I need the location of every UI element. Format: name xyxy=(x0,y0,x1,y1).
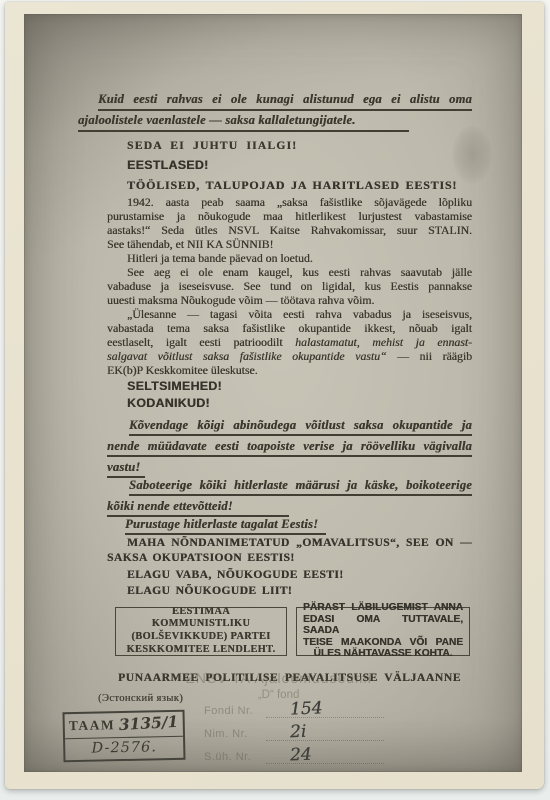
para-quote-line-4: salgavat võitlust saksa fašistlike okupa… xyxy=(107,349,472,363)
registry-row-suh-label: S.üh. Nr. xyxy=(204,744,270,763)
call-destroy: Purustage hitlerlaste tagalat Eestis! xyxy=(107,517,472,531)
pass-along-box-line-1: PÄRAST LÄBILUGEMIST ANNA xyxy=(303,602,463,614)
language-note: (Эстонский язык) xyxy=(98,693,183,704)
call-strengthen-line-1: Kõvendage kõigi abinõudega võitlust saks… xyxy=(129,418,472,437)
heading-workers: TÖÖLISED, TALUPOJAD JA HARITLASED EESTIS… xyxy=(127,177,472,193)
accession-stamp-prefix: TAAM xyxy=(69,713,116,734)
pass-along-box-line-2: EDASI OMA TUTTAVALE, SAADA xyxy=(303,614,463,637)
imprint-boxes: EESTIMAA KOMMUNISTLIKU (BOLŠEVIKKUDE) PA… xyxy=(115,607,470,656)
para-1942: 1942. aasta peab saama „saksa fašistlike… xyxy=(107,195,472,251)
registry-row-fondi-rule xyxy=(266,717,384,718)
para-quote-line-5: EK(b)P Keskkomitee üleskutse. xyxy=(107,363,472,377)
slogan-top-line-2: ajaloolistele vaenlastele — saksa kallal… xyxy=(78,113,409,132)
call-strengthen-line-3-text: vastu! xyxy=(107,460,145,478)
para-quote-line-3-normal: eestlaselt, igalt eesti patrioodilt xyxy=(107,335,295,349)
para-1942-line-4: See tähendab, et NII KA SÜNNIB! xyxy=(107,237,472,251)
museum-stamp-line-1: ENSV TA Ajaloomuuseumi xyxy=(185,670,371,686)
publisher-box-line-1: EESTIMAA KOMMUNISTLIKU xyxy=(122,606,280,631)
call-sabotage-line-2-text: kõiki nende ettevõtteid! xyxy=(107,499,289,517)
para-1942-line-1: 1942. aasta peab saama „saksa fašistlike… xyxy=(127,195,472,209)
call-strengthen-line-2: nende müüdavate eesti toapoiste verise j… xyxy=(107,439,472,458)
publisher-box-line-2: (BOLŠEVIKKUDE) PARTEI xyxy=(122,631,280,644)
registry-row-fondi: Fondi Nr. 154 xyxy=(204,698,384,721)
para-quote-line-4-italic: salgavat võitlust saksa fašistlike okupa… xyxy=(107,349,397,363)
accession-stamp-top-row: TAAM 3135/1 xyxy=(65,712,183,739)
publisher-box: EESTIMAA KOMMUNISTLIKU (BOLŠEVIKKUDE) PA… xyxy=(115,607,287,656)
slogan-elagu-2: ELAGU NÕUKOGUDE LIIT! xyxy=(127,583,472,599)
registry-row-nim-value: 2i xyxy=(290,722,307,743)
para-quote-line-3-italic: halastamatut, mehist ja ennast- xyxy=(295,335,472,349)
para-freedom-line-3: uuesti maksma Nõukogude võim — töötava r… xyxy=(107,293,472,307)
registry-row-fondi-label: Fondi Nr. xyxy=(204,698,270,717)
page: { "leaflet": { "slogan": { "line1": "Kui… xyxy=(0,0,550,800)
museum-stamp: ENSV TA Ajaloomuuseumi „D“ fond xyxy=(185,670,371,701)
slogan-maha-line-2: SAKSA OKUPATSIOON EESTIS! xyxy=(107,550,472,566)
slogan-maha: MAHA NÕNDANIMETATUD „OMAVALITSUS“, SEE O… xyxy=(107,535,472,566)
leaflet-text-column: Kuid eesti rahvas ei ole kunagi alistunu… xyxy=(107,92,472,685)
para-quote: „Ülesanne — tagasi võita eesti rahva vab… xyxy=(107,307,472,377)
slogan-top-line-1: Kuid eesti rahvas ei ole kunagi alistunu… xyxy=(98,92,472,111)
heading-citizens: KODANIKUD! xyxy=(127,396,472,411)
heading-comrades: SELTSIMEHED! xyxy=(127,379,472,394)
slogan-elagu-1: ELAGU VABA, NÕUKOGUDE EESTI! xyxy=(127,567,472,583)
para-quote-line-1: „Ülesanne — tagasi võita eesti rahva vab… xyxy=(127,307,472,321)
registry-row-suh-rule xyxy=(266,763,384,764)
pass-along-box: PÄRAST LÄBILUGEMIST ANNA EDASI OMA TUTTA… xyxy=(296,607,470,656)
para-1942-line-3: aastaks!“ Seda ütles NSVL Kaitse Rahvako… xyxy=(107,223,472,237)
para-freedom-line-1: See aeg ei ole enam kaugel, kus eesti ra… xyxy=(127,265,472,279)
pass-along-box-line-4: ÜLES NÄHTAVASSE KOHTA. xyxy=(303,648,463,660)
registry-row-suh-value: 24 xyxy=(290,745,312,766)
hitler-line: Hitleri ja tema bande päevad on loetud. xyxy=(127,251,472,265)
registry-rows: Fondi Nr. 154 Nim. Nr. 2i S.üh. Nr. 24 xyxy=(204,698,384,767)
accession-stamp-number: 3135/1 xyxy=(119,712,180,734)
call-strengthen: Kõvendage kõigi abinõudega võitlust saks… xyxy=(107,418,472,474)
heading-estonians: EESTLASED! xyxy=(127,158,472,173)
registry-row-fondi-value: 154 xyxy=(290,698,323,719)
publisher-box-line-3: KESKKOMITEE LENDLEHT. xyxy=(122,644,280,657)
para-quote-line-2: vabastada tema saksa fašistlike okupanti… xyxy=(107,321,472,335)
para-quote-line-4-normal: — nii räägib xyxy=(397,349,472,363)
accession-stamp-code: D-2576. xyxy=(65,737,183,757)
slogan-maha-line-1: MAHA NÕNDANIMETATUD „OMAVALITSUS“, SEE O… xyxy=(127,535,472,551)
registry-row-nim-label: Nim. Nr. xyxy=(204,721,270,740)
registry-row-nim-rule xyxy=(266,740,384,741)
registry-row-suh: S.üh. Nr. 24 xyxy=(204,744,384,767)
para-freedom-line-2: vabaduse ja iseseisvuse. See tund on lig… xyxy=(107,279,472,293)
archival-photo: Kuid eesti rahvas ei ole kunagi alistunu… xyxy=(5,2,544,789)
registry-row-nim: Nim. Nr. 2i xyxy=(204,721,384,744)
para-quote-line-3: eestlaselt, igalt eesti patrioodilt hala… xyxy=(107,335,472,349)
call-strengthen-line-3: vastu! xyxy=(107,460,472,474)
pass-along-box-line-3: TEISE MAAKONDA VÕI PANE xyxy=(303,637,463,649)
para-freedom: See aeg ei ole enam kaugel, kus eesti ra… xyxy=(107,265,472,307)
call-sabotage: Saboteerige kõiki hitlerlaste määrusi ja… xyxy=(107,478,472,513)
accession-stamp: TAAM 3135/1 D-2576. xyxy=(62,710,185,763)
leaflet-page: Kuid eesti rahvas ei ole kunagi alistunu… xyxy=(24,14,522,772)
call-sabotage-line-2: kõiki nende ettevõtteid! xyxy=(107,499,472,513)
call-sabotage-line-1: Saboteerige kõiki hitlerlaste määrusi ja… xyxy=(129,478,472,497)
never-line: SEDA EI JUHTU IIALGI! xyxy=(127,138,472,153)
call-destroy-text: Purustage hitlerlaste tagalat Eestis! xyxy=(125,517,326,535)
para-1942-line-2: purustamise ja nõukogude maa hitlerlikes… xyxy=(107,209,472,223)
slogan-top: Kuid eesti rahvas ei ole kunagi alistunu… xyxy=(78,92,472,132)
